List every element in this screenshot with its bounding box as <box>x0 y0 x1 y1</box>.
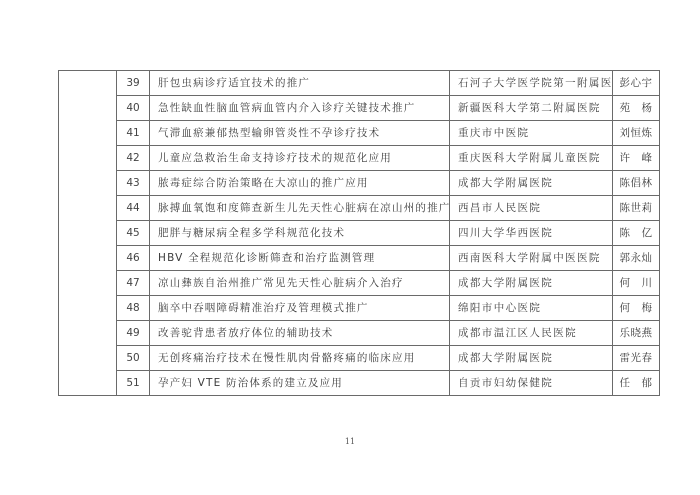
person-name: 陈倡林 <box>613 171 660 196</box>
institution-name: 成都市温江区人民医院 <box>450 321 613 346</box>
project-title: 脓毒症综合防治策略在大凉山的推广应用 <box>150 171 450 196</box>
project-title: 脉搏血氧饱和度筛查新生儿先天性心脏病在凉山州的推广 <box>150 196 450 221</box>
institution-name: 四川大学华西医院 <box>450 221 613 246</box>
row-number: 39 <box>117 71 150 96</box>
row-number: 40 <box>117 96 150 121</box>
project-title: HBV 全程规范化诊断筛查和治疗监测管理 <box>150 246 450 271</box>
person-name: 乐晓燕 <box>613 321 660 346</box>
table-row: 39 肝包虫病诊疗适宜技术的推广 石河子大学医学院第一附属医院 彭心宇 <box>59 71 660 96</box>
table-row: 50 无创疼痛治疗技术在慢性肌肉骨骼疼痛的临床应用 成都大学附属医院 雷光春 <box>59 346 660 371</box>
project-title: 肝包虫病诊疗适宜技术的推广 <box>150 71 450 96</box>
project-title: 孕产妇 VTE 防治体系的建立及应用 <box>150 371 450 396</box>
person-name: 许 峰 <box>613 146 660 171</box>
project-title: 改善驼背患者放疗体位的辅助技术 <box>150 321 450 346</box>
institution-name: 成都大学附属医院 <box>450 271 613 296</box>
row-number: 43 <box>117 171 150 196</box>
institution-name: 成都大学附属医院 <box>450 346 613 371</box>
table-row: 43 脓毒症综合防治策略在大凉山的推广应用 成都大学附属医院 陈倡林 <box>59 171 660 196</box>
person-name: 何 川 <box>613 271 660 296</box>
project-title: 无创疼痛治疗技术在慢性肌肉骨骼疼痛的临床应用 <box>150 346 450 371</box>
project-title: 儿童应急救治生命支持诊疗技术的规范化应用 <box>150 146 450 171</box>
institution-name: 成都大学附属医院 <box>450 171 613 196</box>
table-row: 46 HBV 全程规范化诊断筛查和治疗监测管理 西南医科大学附属中医医院 郭永灿 <box>59 246 660 271</box>
table-row: 48 脑卒中吞咽障碍精准治疗及管理模式推广 绵阳市中心医院 何 梅 <box>59 296 660 321</box>
table-row: 41 气滞血瘀兼郁热型输卵管炎性不孕诊疗技术 重庆市中医院 刘恒炼 <box>59 121 660 146</box>
person-name: 刘恒炼 <box>613 121 660 146</box>
table-row: 49 改善驼背患者放疗体位的辅助技术 成都市温江区人民医院 乐晓燕 <box>59 321 660 346</box>
person-name: 任 郁 <box>613 371 660 396</box>
person-name: 陈 亿 <box>613 221 660 246</box>
row-number: 46 <box>117 246 150 271</box>
table-row: 44 脉搏血氧饱和度筛查新生儿先天性心脏病在凉山州的推广 西昌市人民医院 陈世莉 <box>59 196 660 221</box>
table-row: 40 急性缺血性脑血管病血管内介入诊疗关键技术推广 新疆医科大学第二附属医院 苑… <box>59 96 660 121</box>
document-page: 39 肝包虫病诊疗适宜技术的推广 石河子大学医学院第一附属医院 彭心宇 40 急… <box>0 0 700 495</box>
row-number: 41 <box>117 121 150 146</box>
row-number: 44 <box>117 196 150 221</box>
row-number: 51 <box>117 371 150 396</box>
institution-name: 绵阳市中心医院 <box>450 296 613 321</box>
institution-name: 西昌市人民医院 <box>450 196 613 221</box>
project-title: 凉山彝族自治州推广常见先天性心脏病介入治疗 <box>150 271 450 296</box>
project-title: 脑卒中吞咽障碍精准治疗及管理模式推广 <box>150 296 450 321</box>
table-row: 51 孕产妇 VTE 防治体系的建立及应用 自贡市妇幼保健院 任 郁 <box>59 371 660 396</box>
institution-name: 自贡市妇幼保健院 <box>450 371 613 396</box>
person-name: 何 梅 <box>613 296 660 321</box>
person-name: 苑 杨 <box>613 96 660 121</box>
project-table-body: 39 肝包虫病诊疗适宜技术的推广 石河子大学医学院第一附属医院 彭心宇 40 急… <box>59 71 660 396</box>
person-name: 郭永灿 <box>613 246 660 271</box>
institution-name: 重庆市中医院 <box>450 121 613 146</box>
project-table: 39 肝包虫病诊疗适宜技术的推广 石河子大学医学院第一附属医院 彭心宇 40 急… <box>58 70 660 396</box>
page-number: 11 <box>0 437 700 446</box>
row-number: 50 <box>117 346 150 371</box>
row-number: 48 <box>117 296 150 321</box>
person-name: 彭心宇 <box>613 71 660 96</box>
table-row: 47 凉山彝族自治州推广常见先天性心脏病介入治疗 成都大学附属医院 何 川 <box>59 271 660 296</box>
institution-name: 重庆医科大学附属儿童医院 <box>450 146 613 171</box>
project-title: 气滞血瘀兼郁热型输卵管炎性不孕诊疗技术 <box>150 121 450 146</box>
row-number: 49 <box>117 321 150 346</box>
category-cell <box>59 71 117 396</box>
person-name: 陈世莉 <box>613 196 660 221</box>
table-row: 42 儿童应急救治生命支持诊疗技术的规范化应用 重庆医科大学附属儿童医院 许 峰 <box>59 146 660 171</box>
row-number: 45 <box>117 221 150 246</box>
institution-name: 西南医科大学附属中医医院 <box>450 246 613 271</box>
project-title: 肥胖与糖尿病全程多学科规范化技术 <box>150 221 450 246</box>
institution-name: 新疆医科大学第二附属医院 <box>450 96 613 121</box>
table-row: 45 肥胖与糖尿病全程多学科规范化技术 四川大学华西医院 陈 亿 <box>59 221 660 246</box>
row-number: 47 <box>117 271 150 296</box>
person-name: 雷光春 <box>613 346 660 371</box>
institution-name: 石河子大学医学院第一附属医院 <box>450 71 613 96</box>
row-number: 42 <box>117 146 150 171</box>
project-title: 急性缺血性脑血管病血管内介入诊疗关键技术推广 <box>150 96 450 121</box>
